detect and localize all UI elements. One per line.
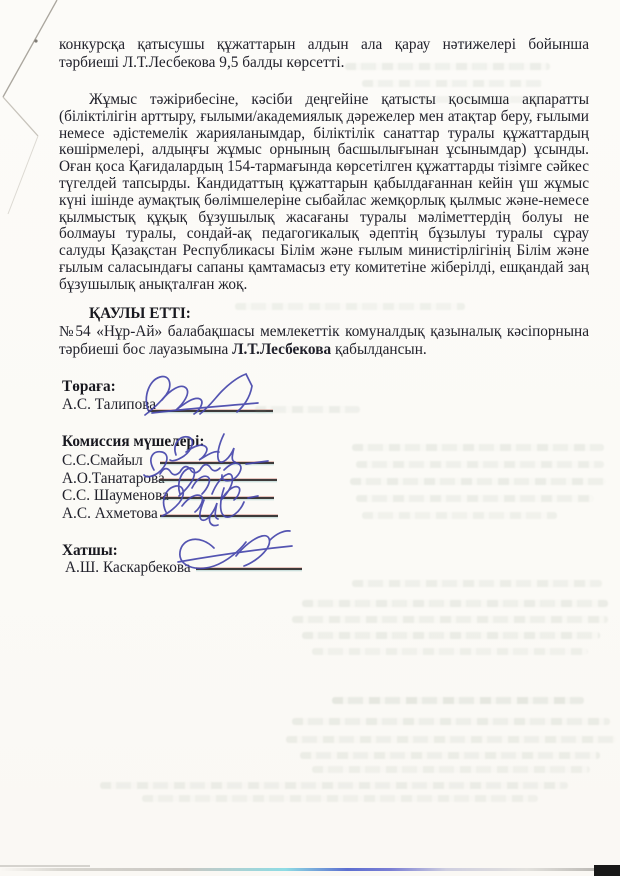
bleedthrough-line	[420, 96, 540, 103]
bleedthrough-line	[362, 512, 557, 519]
secretary-name: А.Ш. Каскарбекова	[65, 559, 595, 576]
bleedthrough-line	[332, 697, 584, 704]
bleedthrough-line	[312, 648, 588, 655]
staple-mark	[34, 39, 37, 42]
signature-line-member-2	[160, 479, 277, 481]
scan-edge-artifact	[0, 868, 620, 871]
bleedthrough-line	[352, 580, 602, 587]
bleedthrough-line	[352, 444, 604, 451]
bleedthrough-line	[235, 303, 465, 310]
bleedthrough-line	[286, 736, 616, 743]
signature-line-secretary	[196, 568, 302, 570]
signature-line-member-4	[160, 515, 278, 517]
scan-edge-artifact	[0, 865, 90, 867]
bleedthrough-line	[100, 782, 568, 789]
bleedthrough-line	[356, 495, 594, 502]
bleedthrough-line	[255, 406, 360, 413]
resolution-text-post: қабылдансын.	[331, 341, 427, 358]
bleedthrough-line	[302, 600, 608, 607]
bleedthrough-line	[312, 766, 590, 773]
secretary-label: Хатшы:	[62, 542, 592, 559]
bleedthrough-line	[356, 461, 604, 468]
scanned-document-page: конкурсқа қатысушы құжаттарын алдын ала …	[0, 0, 620, 876]
paragraph-resolution: №54 «Нұр-Ай» балабақшасы мемлекеттік ком…	[59, 323, 589, 358]
bleedthrough-line	[350, 478, 606, 485]
bleedthrough-line	[300, 752, 600, 759]
scan-corner-artifact	[594, 865, 620, 876]
bleedthrough-line	[292, 718, 610, 725]
bleedthrough-line	[345, 63, 550, 70]
bleedthrough-line	[362, 80, 542, 87]
paragraph-experience: Жұмыс тәжірибесіне, кәсіби деңгейіне қат…	[59, 92, 589, 294]
bleedthrough-line	[142, 795, 538, 802]
resolution-appointee-name: Л.Т.Лесбекова	[232, 341, 331, 358]
chairman-label: Төраға:	[62, 378, 592, 395]
signature-line-member-1	[160, 462, 274, 464]
signature-line-member-3	[160, 497, 274, 499]
bleedthrough-line	[292, 616, 608, 623]
bleedthrough-line	[302, 632, 600, 639]
page-fold-crease	[3, 0, 57, 214]
